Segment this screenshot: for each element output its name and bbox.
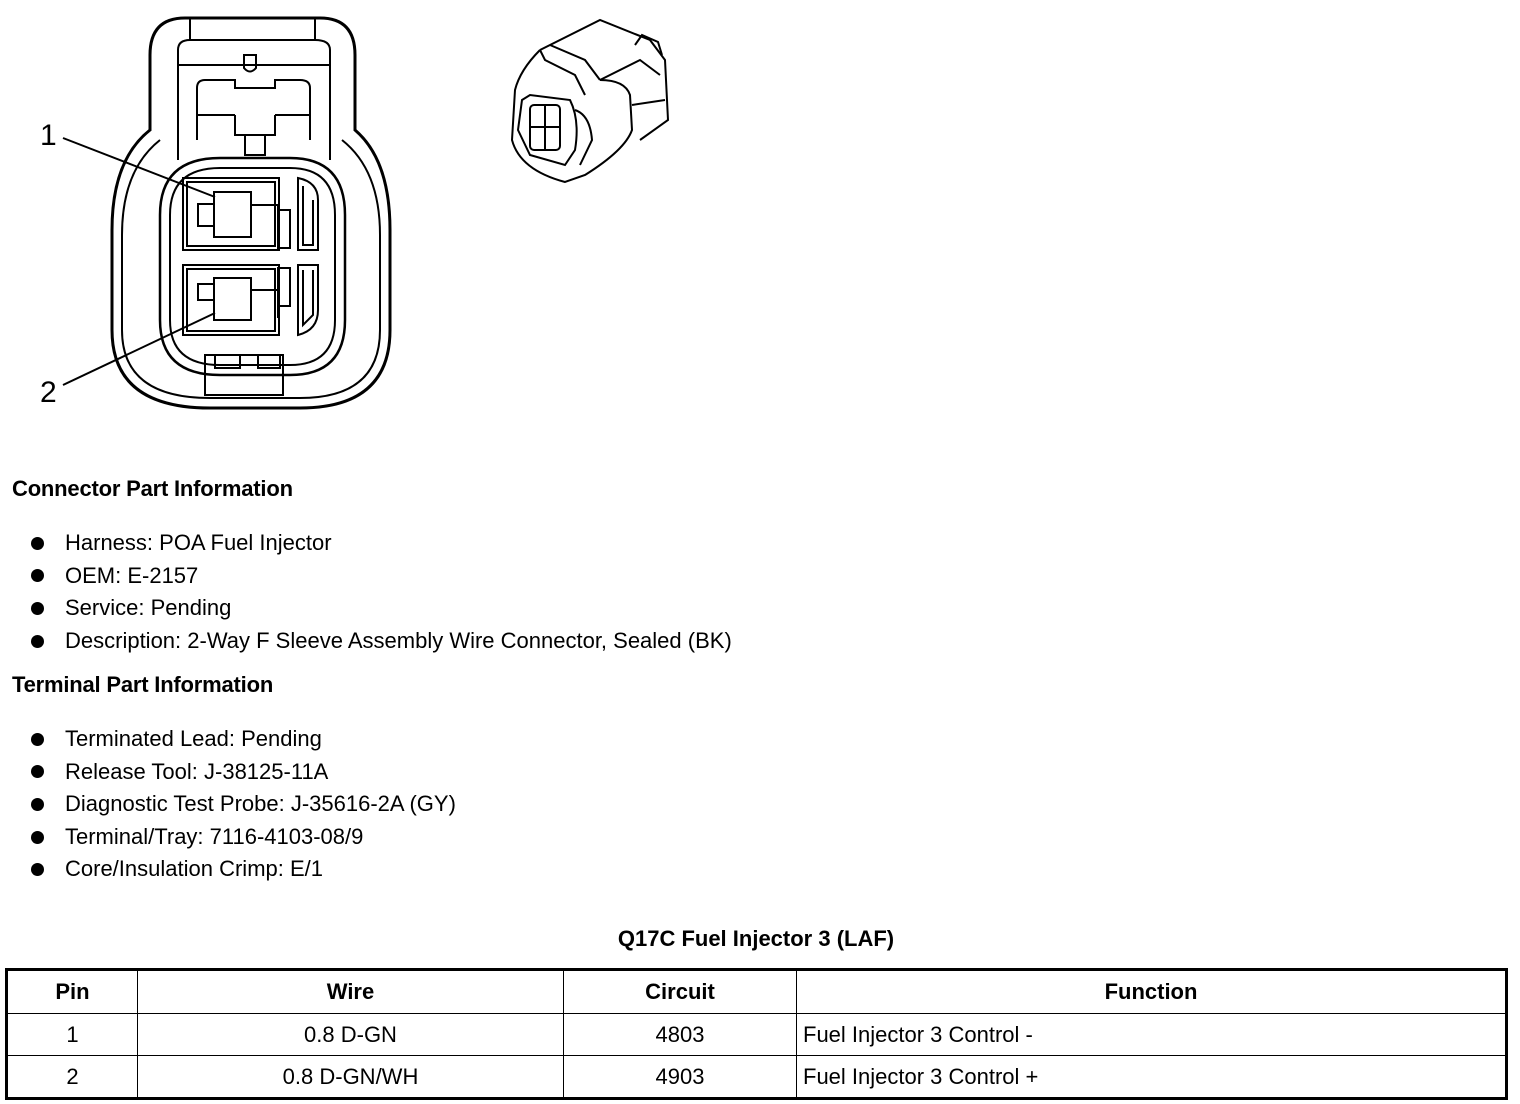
connector-isometric-diagram	[490, 10, 690, 190]
cell-circuit: 4903	[564, 1056, 797, 1099]
pin-table: Pin Wire Circuit Function 1 0.8 D-GN 480…	[5, 968, 1508, 1100]
terminal-part-info-heading: Terminal Part Information	[12, 672, 273, 698]
bullet-icon	[31, 733, 44, 746]
header-function: Function	[797, 970, 1507, 1014]
bullet-icon	[31, 602, 44, 615]
pin-1-callout: 1	[40, 119, 57, 152]
bullet-icon	[31, 765, 44, 778]
cell-wire: 0.8 D-GN/WH	[138, 1056, 564, 1099]
bullet-icon	[31, 537, 44, 550]
list-item: Terminal/Tray: 7116-4103-08/9	[28, 821, 456, 854]
cell-circuit: 4803	[564, 1014, 797, 1056]
cell-function: Fuel Injector 3 Control -	[797, 1014, 1507, 1056]
bullet-icon	[31, 569, 44, 582]
header-wire: Wire	[138, 970, 564, 1014]
bullet-icon	[31, 863, 44, 876]
cell-pin: 1	[7, 1014, 138, 1056]
list-item: OEM: E-2157	[28, 560, 732, 593]
connector-part-info-heading: Connector Part Information	[12, 476, 293, 502]
table-row: 2 0.8 D-GN/WH 4903 Fuel Injector 3 Contr…	[7, 1056, 1507, 1099]
cell-wire: 0.8 D-GN	[138, 1014, 564, 1056]
list-item: Diagnostic Test Probe: J-35616-2A (GY)	[28, 788, 456, 821]
cell-function: Fuel Injector 3 Control +	[797, 1056, 1507, 1099]
terminal-part-info-list: Terminated Lead: Pending Release Tool: J…	[28, 723, 456, 886]
list-item: Service: Pending	[28, 592, 732, 625]
list-item: Release Tool: J-38125-11A	[28, 756, 456, 789]
list-item: Terminated Lead: Pending	[28, 723, 456, 756]
table-row: 1 0.8 D-GN 4803 Fuel Injector 3 Control …	[7, 1014, 1507, 1056]
connector-front-view-diagram: 1 2	[30, 10, 410, 420]
header-circuit: Circuit	[564, 970, 797, 1014]
header-pin: Pin	[7, 970, 138, 1014]
pin-2-callout: 2	[40, 376, 57, 409]
connector-part-info-list: Harness: POA Fuel Injector OEM: E-2157 S…	[28, 527, 732, 657]
bullet-icon	[31, 635, 44, 648]
list-item: Description: 2-Way F Sleeve Assembly Wir…	[28, 625, 732, 658]
pin-table-caption: Q17C Fuel Injector 3 (LAF)	[0, 926, 1512, 952]
bullet-icon	[31, 831, 44, 844]
bullet-icon	[31, 798, 44, 811]
table-header-row: Pin Wire Circuit Function	[7, 970, 1507, 1014]
list-item: Harness: POA Fuel Injector	[28, 527, 732, 560]
cell-pin: 2	[7, 1056, 138, 1099]
list-item: Core/Insulation Crimp: E/1	[28, 853, 456, 886]
